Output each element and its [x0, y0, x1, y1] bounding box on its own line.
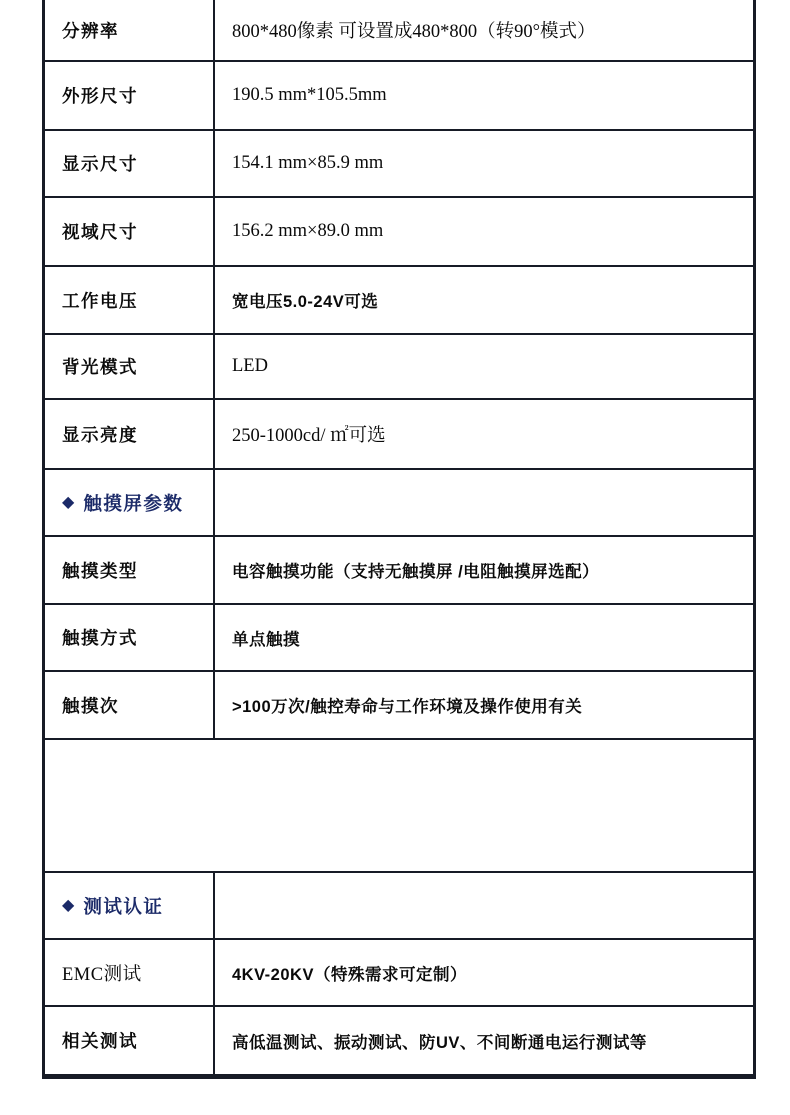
- row-value-cell: 250-1000cd/ ㎡可选: [215, 400, 753, 468]
- spec-label: 背光模式: [62, 354, 138, 379]
- diamond-icon: ◆: [62, 495, 74, 511]
- row-label-cell: 外形尺寸: [45, 62, 215, 129]
- spec-label: 视域尺寸: [62, 219, 138, 244]
- spec-value: 高低温测试、振动测试、防UV、不间断通电运行测试等: [232, 1029, 647, 1053]
- row-value-cell: 高低温测试、振动测试、防UV、不间断通电运行测试等: [215, 1007, 753, 1074]
- spec-label: EMC测试: [62, 960, 142, 986]
- row-value-cell: 宽电压5.0-24V可选: [215, 267, 753, 333]
- row-label-cell: 触摸方式: [45, 605, 215, 670]
- spec-value: 单点触摸: [232, 626, 300, 650]
- row-label-cell: 显示尺寸: [45, 131, 215, 196]
- row-label-cell: 触摸类型: [45, 537, 215, 603]
- spec-value: 4KV-20KV（特殊需求可定制）: [232, 961, 467, 985]
- spec-value: 宽电压5.0-24V可选: [232, 288, 378, 312]
- spec-value: 154.1 mm×85.9 mm: [232, 153, 383, 174]
- spec-label: 触摸类型: [62, 558, 138, 583]
- table-row: 工作电压宽电压5.0-24V可选: [45, 267, 753, 335]
- table-row: 相关测试高低温测试、振动测试、防UV、不间断通电运行测试等: [45, 1007, 753, 1074]
- document-page: 分辨率800*480像素 可设置成480*800（转90°模式）外形尺寸190.…: [0, 0, 790, 1115]
- row-value-cell: 800*480像素 可设置成480*800（转90°模式）: [215, 0, 753, 60]
- table-row: EMC测试4KV-20KV（特殊需求可定制）: [45, 940, 753, 1007]
- spacer-row: [45, 740, 753, 873]
- table-row: 触摸方式单点触摸: [45, 605, 753, 672]
- spec-value: 电容触摸功能（支持无触摸屏 /电阻触摸屏选配）: [232, 558, 599, 582]
- spec-label: 触摸方式: [62, 625, 138, 650]
- table-row: 触摸类型电容触摸功能（支持无触摸屏 /电阻触摸屏选配）: [45, 537, 753, 605]
- row-label-cell: 工作电压: [45, 267, 215, 333]
- table-row: 显示亮度250-1000cd/ ㎡可选: [45, 400, 753, 470]
- row-label-cell: 触摸次: [45, 672, 215, 738]
- spec-label: 触摸次: [62, 693, 119, 718]
- product-spec-table: 分辨率800*480像素 可设置成480*800（转90°模式）外形尺寸190.…: [42, 0, 756, 1079]
- spec-label: 工作电压: [62, 288, 138, 313]
- table-row: 外形尺寸190.5 mm*105.5mm: [45, 62, 753, 131]
- table-row: 分辨率800*480像素 可设置成480*800（转90°模式）: [45, 0, 753, 62]
- row-value-cell: [215, 470, 753, 535]
- spec-value: 250-1000cd/ ㎡可选: [232, 421, 386, 447]
- spec-label: 显示亮度: [62, 422, 138, 447]
- spec-label: 分辨率: [62, 18, 119, 43]
- section-title: 测试认证: [83, 893, 163, 919]
- row-value-cell: 190.5 mm*105.5mm: [215, 62, 753, 129]
- spec-value: 190.5 mm*105.5mm: [232, 85, 387, 106]
- row-label-cell: 显示亮度: [45, 400, 215, 468]
- spec-value: LED: [232, 356, 268, 377]
- spec-label: 相关测试: [62, 1028, 138, 1053]
- row-value-cell: 4KV-20KV（特殊需求可定制）: [215, 940, 753, 1005]
- merged-empty-cell: [45, 740, 753, 871]
- row-label-cell: 分辨率: [45, 0, 215, 60]
- row-value-cell: [215, 873, 753, 938]
- row-value-cell: LED: [215, 335, 753, 398]
- row-value-cell: 电容触摸功能（支持无触摸屏 /电阻触摸屏选配）: [215, 537, 753, 603]
- diamond-icon: ◆: [62, 898, 74, 914]
- table-row: 背光模式LED: [45, 335, 753, 400]
- table-row: 显示尺寸154.1 mm×85.9 mm: [45, 131, 753, 198]
- section-title: 触摸屏参数: [83, 490, 183, 516]
- row-label-cell: ◆触摸屏参数: [45, 470, 215, 535]
- spec-label: 外形尺寸: [62, 83, 138, 108]
- table-row: 视域尺寸156.2 mm×89.0 mm: [45, 198, 753, 267]
- table-row: 触摸次>100万次/触控寿命与工作环境及操作使用有关: [45, 672, 753, 740]
- spec-label: 显示尺寸: [62, 151, 138, 176]
- spec-value: 800*480像素 可设置成480*800（转90°模式）: [232, 17, 596, 43]
- row-label-cell: EMC测试: [45, 940, 215, 1005]
- spec-value: 156.2 mm×89.0 mm: [232, 221, 383, 242]
- spec-value: >100万次/触控寿命与工作环境及操作使用有关: [232, 693, 582, 717]
- row-label-cell: 背光模式: [45, 335, 215, 398]
- row-value-cell: 156.2 mm×89.0 mm: [215, 198, 753, 265]
- row-value-cell: 154.1 mm×85.9 mm: [215, 131, 753, 196]
- section-row: ◆测试认证: [45, 873, 753, 940]
- row-value-cell: 单点触摸: [215, 605, 753, 670]
- row-label-cell: 视域尺寸: [45, 198, 215, 265]
- section-row: ◆触摸屏参数: [45, 470, 753, 537]
- row-label-cell: 相关测试: [45, 1007, 215, 1074]
- row-label-cell: ◆测试认证: [45, 873, 215, 938]
- row-value-cell: >100万次/触控寿命与工作环境及操作使用有关: [215, 672, 753, 738]
